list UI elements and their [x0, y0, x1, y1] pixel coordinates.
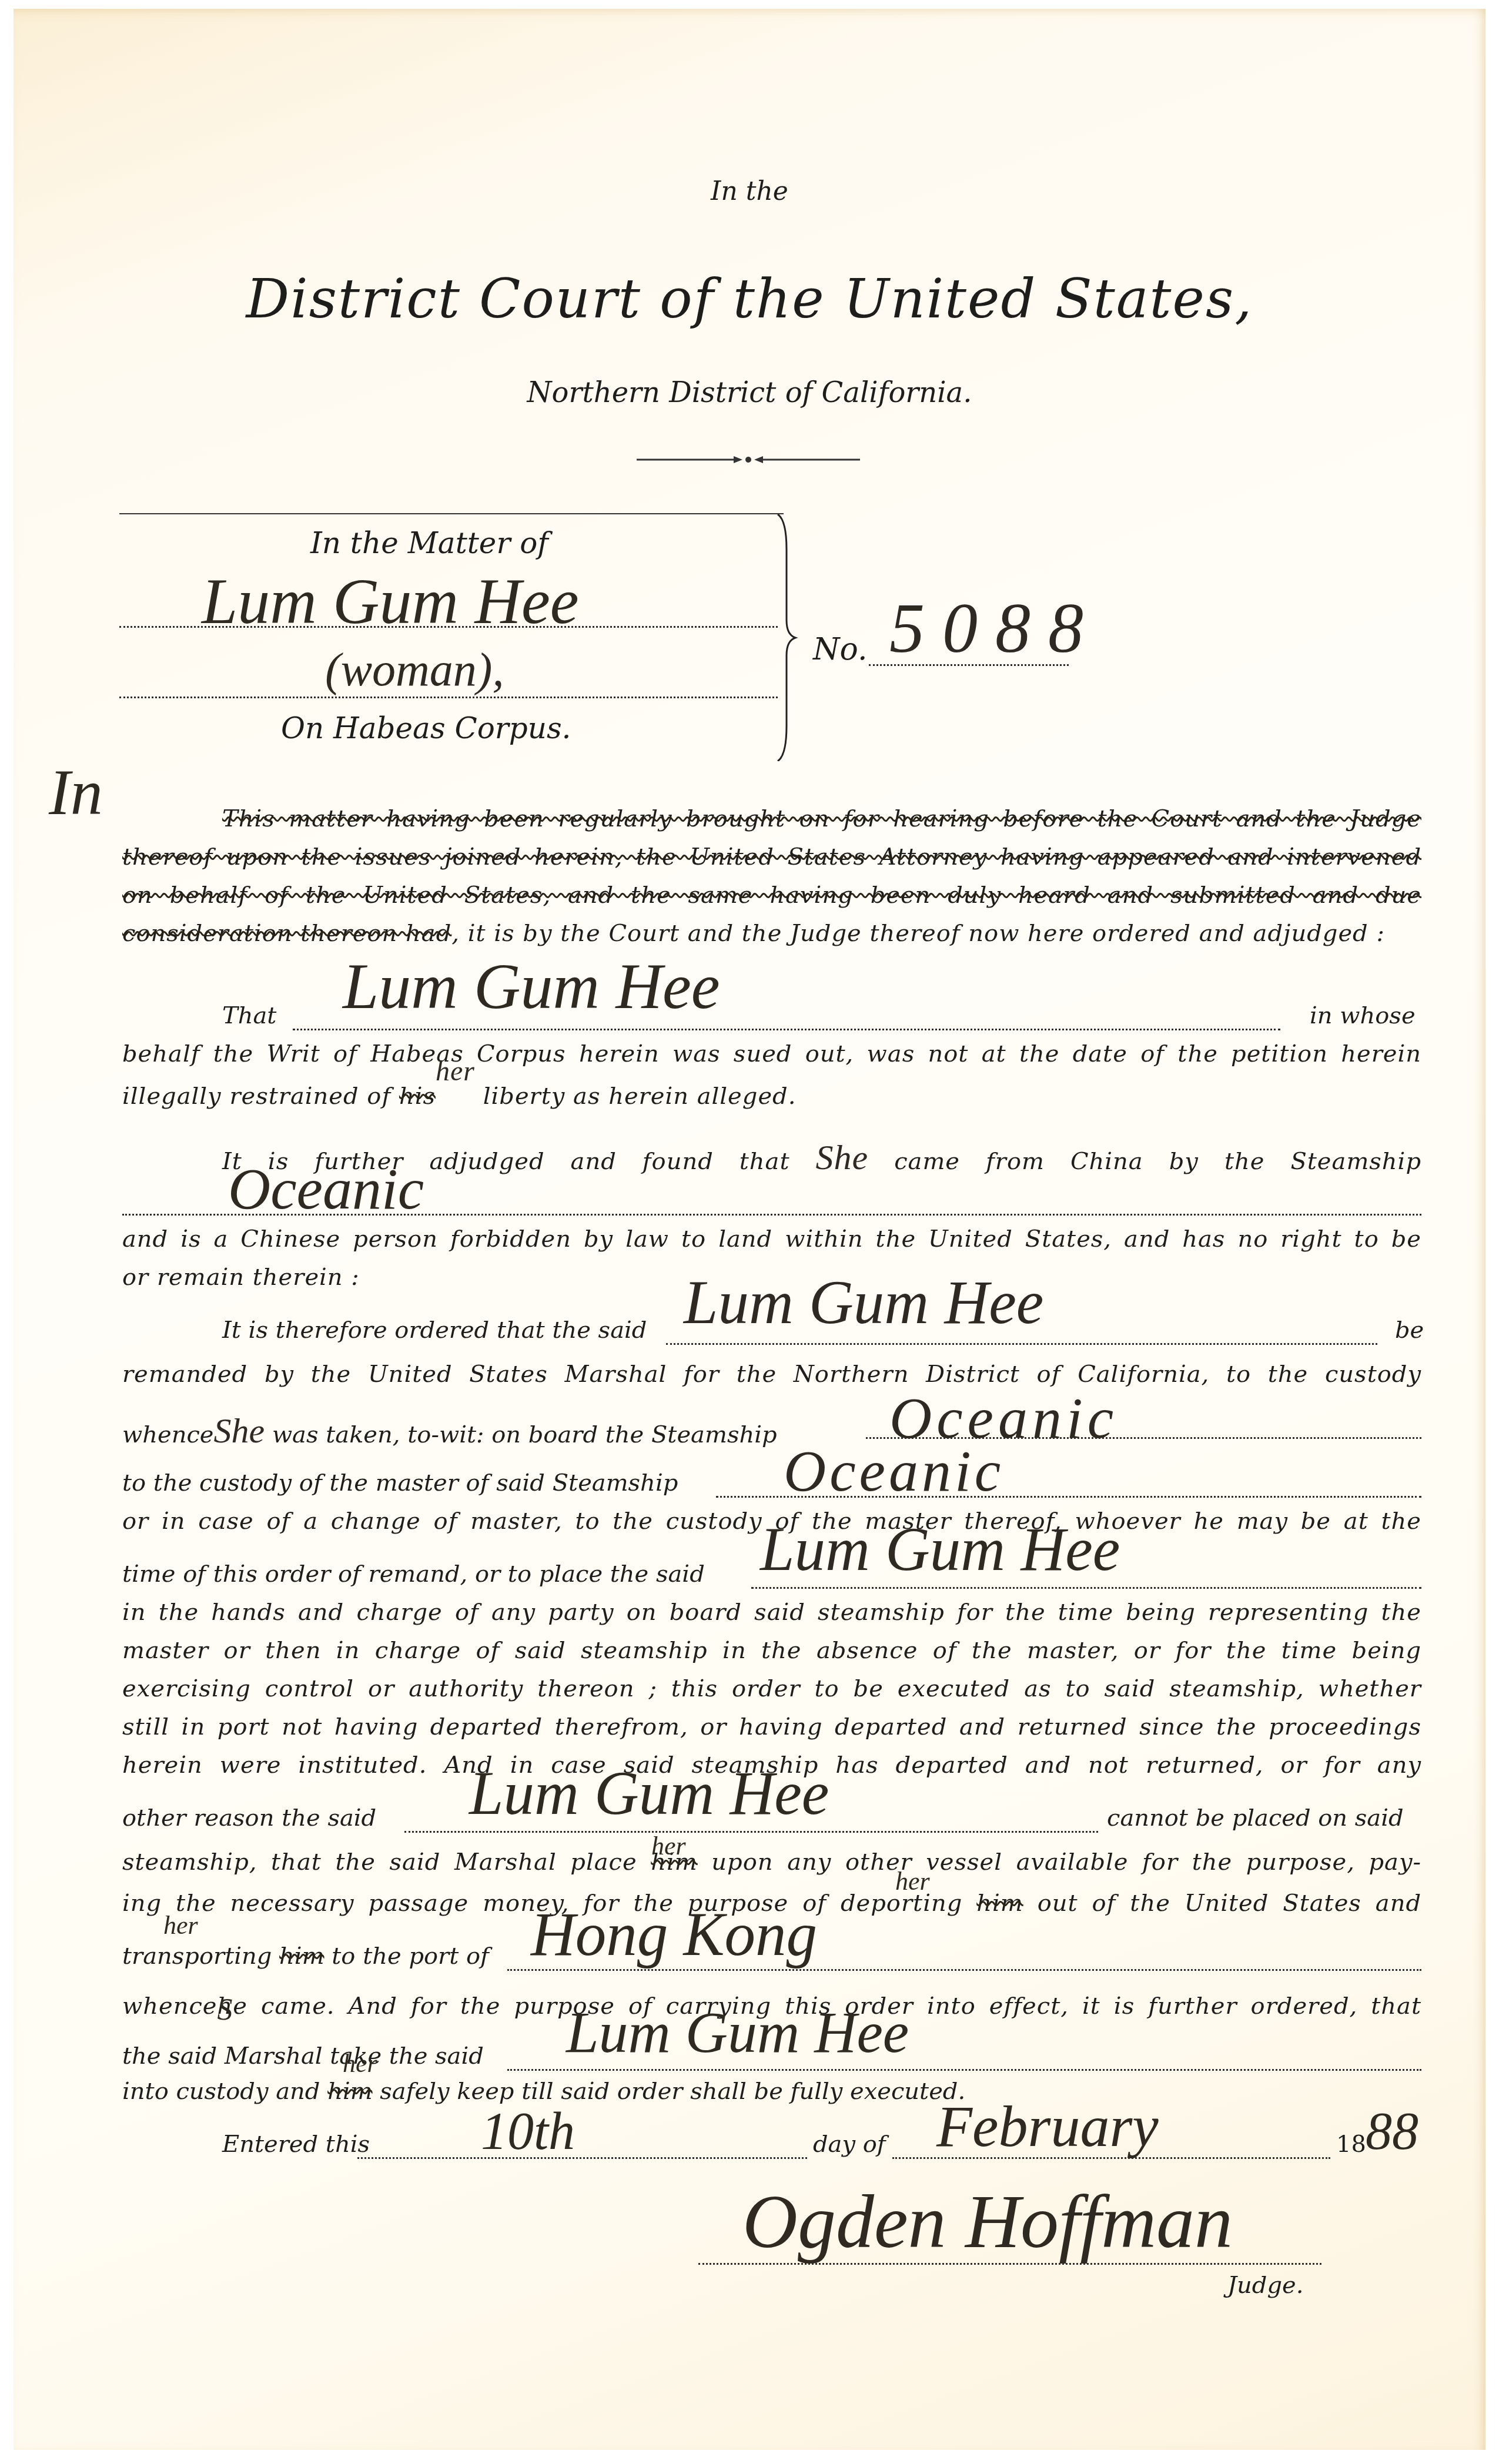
control-line: exercising control or authority thereon … — [122, 1675, 1421, 1702]
petitioner-note: (woman), — [325, 644, 504, 697]
take-name: Lum Gum Hee — [566, 1998, 909, 2066]
court-document-page: In the District Court of the United Stat… — [14, 9, 1485, 2450]
entered-label: Entered this — [222, 2131, 370, 2158]
chinese-line: and is a Chinese person forbidden by law… — [122, 1226, 1421, 1253]
whence-line: whenceShe was taken, to-wit: on board th… — [122, 1411, 777, 1451]
take-pre: the said Marshal take the said — [122, 2043, 484, 2070]
marshal-line: steamship, that the said Marshal place h… — [122, 1849, 1421, 1876]
text: was taken, to-wit: on board the Steamshi… — [272, 1421, 777, 1448]
other-pre: other reason the said — [122, 1805, 376, 1832]
struck-line-1: This matter having been regularly brough… — [222, 805, 1421, 832]
place-pre: time of this order of remand, or to plac… — [122, 1561, 705, 1588]
port-line: still in port not having departed theref… — [122, 1713, 1421, 1740]
other-name-line — [404, 1831, 1098, 1833]
entry-day: 10th — [481, 2101, 575, 2162]
text: out of the United States and — [1038, 1890, 1421, 1917]
hands-line: in the hands and charge of any party on … — [122, 1599, 1421, 1626]
struck-him: him — [279, 1943, 324, 1970]
district-subtitle: Northern District of California. — [14, 376, 1485, 409]
other-post: cannot be placed on said — [1107, 1805, 1404, 1832]
text: steamship, that the said Marshal place — [122, 1849, 637, 1876]
ordered-name: Lum Gum Hee — [684, 1267, 1043, 1338]
case-number-label: No. — [813, 632, 867, 667]
text: safely keep till said order shall be ful… — [380, 2078, 965, 2105]
insert-her-custody: her — [343, 2048, 377, 2078]
header-in-the: In the — [14, 176, 1485, 206]
text: illegally restrained of — [122, 1083, 391, 1110]
line-4: consideration thereon had, it is by the … — [122, 920, 1421, 947]
that-name: Lum Gum Hee — [343, 949, 720, 1024]
steamship-line-1 — [122, 1214, 1421, 1216]
insert-her: her — [436, 1056, 475, 1087]
insert-her-passage: her — [895, 1866, 930, 1896]
case-number-line — [869, 664, 1069, 666]
case-number: 5088 — [889, 588, 1101, 669]
caption-name-line — [119, 626, 778, 628]
struck-line-2: thereof upon the issues joined herein, t… — [122, 843, 1421, 871]
be-text: be — [1395, 1317, 1424, 1344]
text: to the port of — [332, 1943, 489, 1970]
insert-she: She — [214, 1411, 265, 1450]
text: into custody and — [122, 2078, 320, 2105]
ordered-adjudged-text: , it is by the Court and the Judge there… — [451, 920, 1385, 947]
place-name: Lum Gum Hee — [760, 1514, 1120, 1585]
caption-note-line — [119, 697, 778, 698]
steamship-line-3 — [716, 1496, 1421, 1498]
day-of-label: day of — [813, 2131, 886, 2158]
struck-consideration: consideration thereon had — [122, 920, 451, 947]
caption-top-rule — [119, 513, 784, 514]
entry-year-prefix: 18 — [1336, 2131, 1366, 2158]
proceeding-label: On Habeas Corpus. — [281, 711, 571, 745]
entry-month-line — [892, 2157, 1330, 2159]
insert-her-transport: her — [163, 1910, 198, 1940]
steamship-name-1: Oceanic — [228, 1155, 424, 1223]
text: whence — [122, 1421, 214, 1448]
judge-title: Judge. — [1227, 2272, 1303, 2299]
court-title: District Court of the United States, — [14, 267, 1485, 330]
text: transporting — [122, 1943, 272, 1970]
port-name: Hong Kong — [531, 1899, 817, 1970]
entry-day-line — [357, 2157, 807, 2159]
text: came from China by the Steamship — [894, 1148, 1421, 1175]
remanded-line: remanded by the United States Marshal fo… — [122, 1361, 1421, 1388]
master-line: master or then in charge of said steamsh… — [122, 1637, 1421, 1664]
matter-label: In the Matter of — [310, 526, 548, 560]
struck-him: him — [327, 2078, 372, 2105]
insert-her-marshal: her — [651, 1831, 686, 1861]
signature-line — [698, 2263, 1321, 2265]
judge-signature: Ogden Hoffman — [742, 2178, 1233, 2266]
struck-him: him — [976, 1890, 1023, 1917]
that-label: That — [222, 1002, 276, 1029]
steamship-name-3: Oceanic — [784, 1437, 1004, 1505]
caption-brace-icon — [775, 514, 798, 761]
insert-s: S — [218, 1993, 233, 2027]
margin-insert-in: In — [49, 755, 103, 830]
text: whence — [122, 1993, 218, 2020]
transport-line: transporting him to the port of — [122, 1943, 489, 1970]
entry-year-suffix: 88 — [1366, 2101, 1418, 2162]
insert-she: She — [816, 1138, 869, 1177]
text: upon any other vessel available for the … — [711, 1849, 1421, 1876]
in-whose-text: in whose — [1310, 1002, 1416, 1029]
struck-line-3: on behalf of the United States, and the … — [122, 882, 1421, 909]
struck-his: his — [399, 1083, 436, 1110]
port-name-line — [507, 1969, 1421, 1971]
restrained-line: illegally restrained of hisher liberty a… — [122, 1079, 1421, 1111]
writ-line: behalf the Writ of Habeas Corpus herein … — [122, 1040, 1421, 1067]
ordered-name-line — [666, 1343, 1377, 1345]
that-name-line — [293, 1029, 1280, 1030]
ordered-pre: It is therefore ordered that the said — [222, 1317, 647, 1344]
text: liberty as herein alleged. — [483, 1083, 797, 1110]
place-name-line — [751, 1587, 1421, 1589]
take-name-line — [507, 2069, 1421, 2071]
master-pre: to the custody of the master of said Ste… — [122, 1469, 678, 1497]
ornament-divider-icon — [637, 454, 860, 466]
other-name: Lum Gum Hee — [469, 1757, 829, 1829]
entry-month: February — [936, 2093, 1159, 2160]
